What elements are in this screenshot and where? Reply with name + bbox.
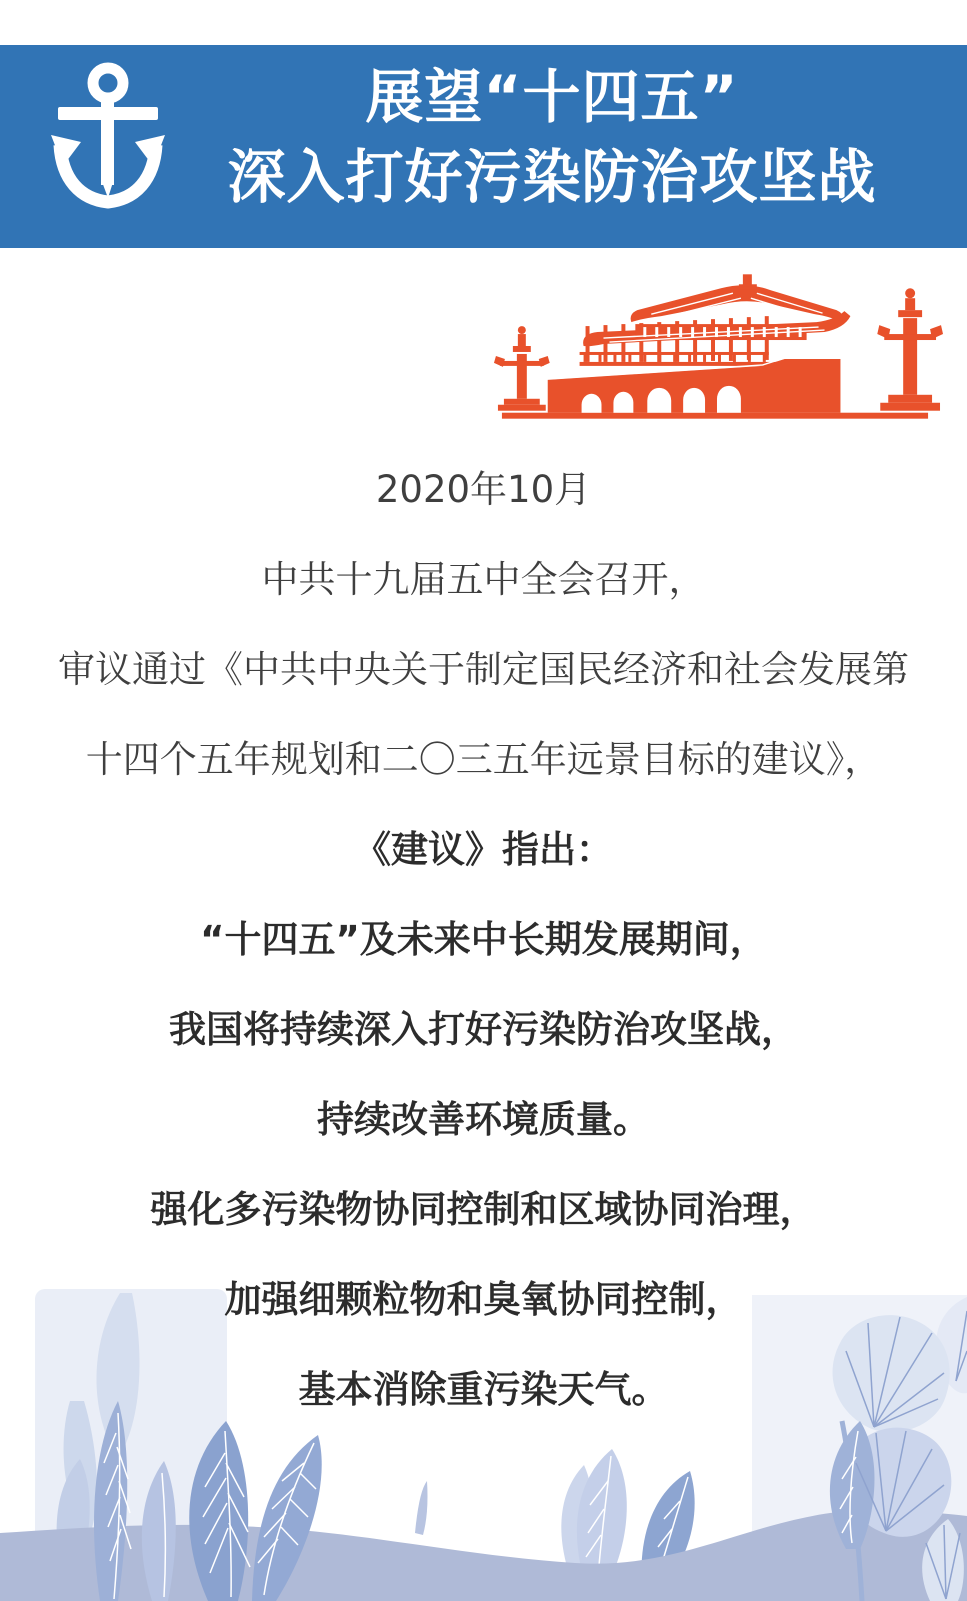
tiananmen-gate-illustration [486, 266, 944, 426]
text-line: 加强细颗粒物和臭氧协同控制， [0, 1255, 967, 1345]
text-line: 《建议》指出： [0, 805, 967, 895]
header-title-line2: 深入打好污染防治攻坚战 [137, 137, 967, 217]
header-title-line1: 展望“十四五” [137, 57, 967, 137]
body-text: 2020年10月 中共十九届五中全会召开， 审议通过《中共中央关于制定国民经济和… [0, 445, 967, 1435]
text-line: 持续改善环境质量。 [0, 1075, 967, 1165]
header-banner: 展望“十四五” 深入打好污染防治攻坚战 [0, 45, 967, 248]
text-line: 我国将持续深入打好污染防治攻坚战， [0, 985, 967, 1075]
text-line: 审议通过《中共中央关于制定国民经济和社会发展第 [0, 625, 967, 715]
text-line: 2020年10月 [0, 445, 967, 535]
text-line: 中共十九届五中全会召开， [0, 535, 967, 625]
poster-page: 展望“十四五” 深入打好污染防治攻坚战 [0, 0, 967, 1601]
text-line: 强化多污染物协同控制和区域协同治理， [0, 1165, 967, 1255]
text-line: 十四个五年规划和二〇三五年远景目标的建议》， [0, 715, 967, 805]
text-line: 基本消除重污染天气。 [0, 1345, 967, 1435]
header-title: 展望“十四五” 深入打好污染防治攻坚战 [137, 57, 967, 217]
text-line: “十四五”及未来中长期发展期间， [0, 895, 967, 985]
